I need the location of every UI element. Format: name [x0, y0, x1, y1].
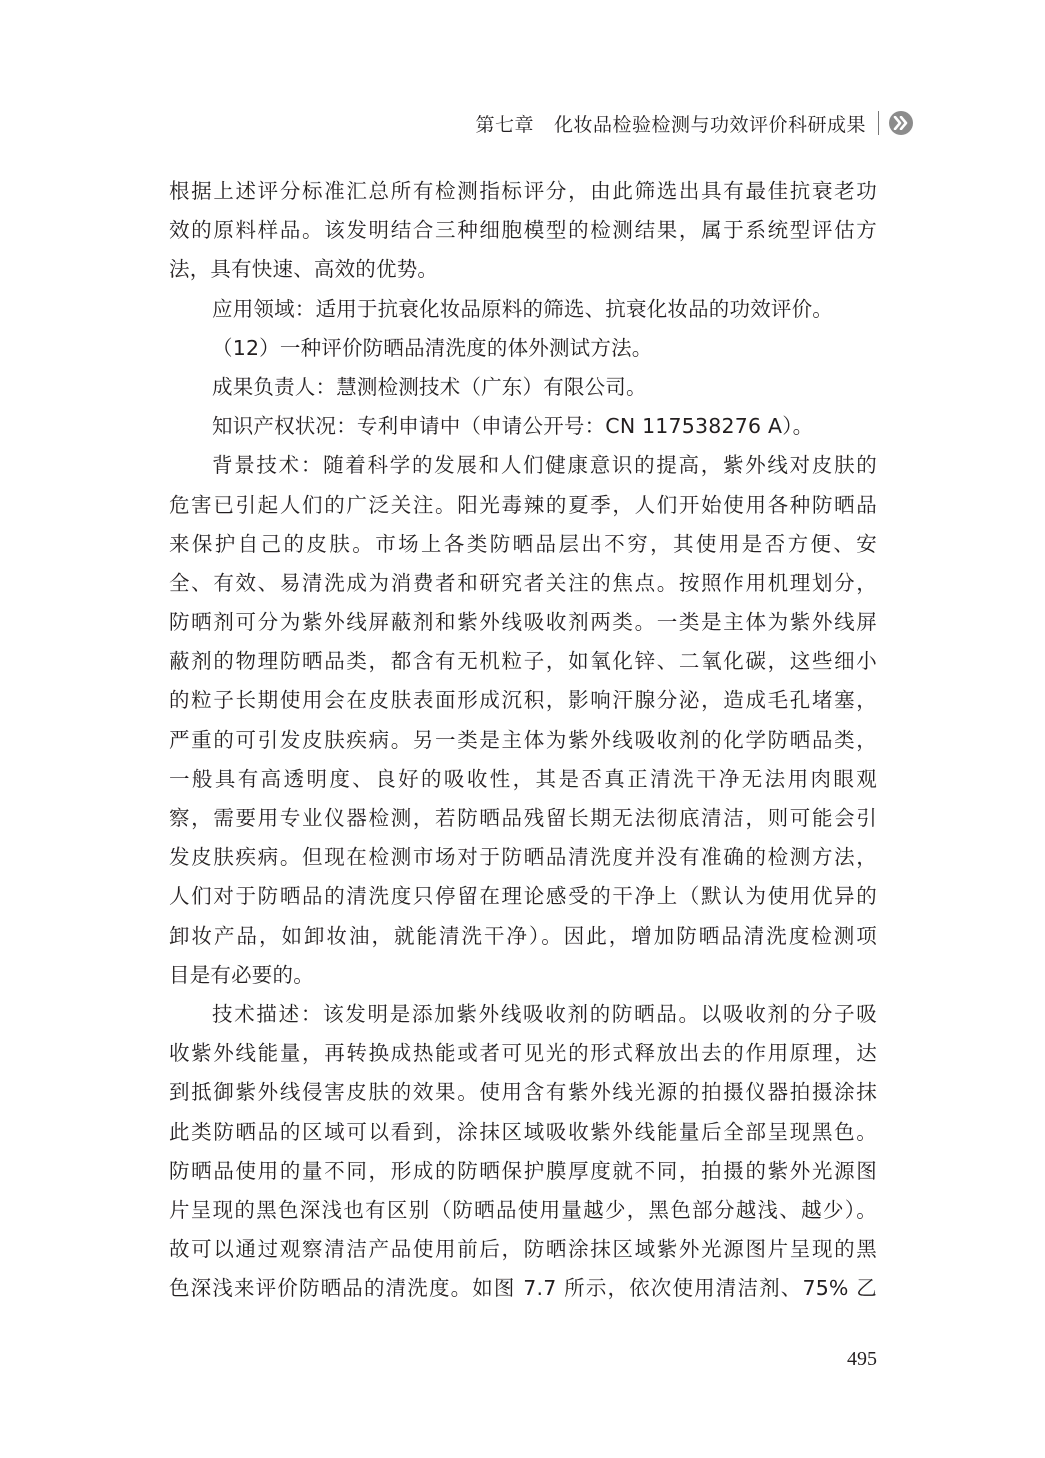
- chapter-title: 化妆品检验检测与功效评价科研成果: [554, 110, 866, 137]
- text-line: 技术描述：该发明是添加紫外线吸收剂的防晒品。以吸收剂的分子吸: [169, 995, 877, 1034]
- text-line: 法，具有快速、高效的优势。: [169, 250, 877, 289]
- paragraph-item-heading: （12）一种评价防晒品清洗度的体外测试方法。: [169, 329, 877, 368]
- text-line: 根据上述评分标准汇总所有检测指标评分，由此筛选出具有最佳抗衰老功: [169, 172, 877, 211]
- text-line: 人们对于防晒品的清洗度只停留在理论感受的干净上（默认为使用优异的: [169, 877, 877, 916]
- paragraph-background: 背景技术：随着科学的发展和人们健康意识的提高，紫外线对皮肤的 危害已引起人们的广…: [169, 446, 877, 995]
- chapter-number: 第七章: [475, 110, 534, 137]
- text-line: 此类防晒品的区域可以看到，涂抹区域吸收紫外线能量后全部呈现黑色。: [169, 1113, 877, 1152]
- double-chevron-right-icon: [889, 111, 913, 135]
- running-header: 第七章 化妆品检验检测与功效评价科研成果: [475, 106, 913, 140]
- text-line: 发皮肤疾病。但现在检测市场对于防晒品清洗度并没有准确的检测方法，: [169, 838, 877, 877]
- text-line: 收紫外线能量，再转换成热能或者可见光的形式释放出去的作用原理，达: [169, 1034, 877, 1073]
- header-divider: [878, 111, 879, 135]
- paragraph-technical-description: 技术描述：该发明是添加紫外线吸收剂的防晒品。以吸收剂的分子吸 收紫外线能量，再转…: [169, 995, 877, 1309]
- paragraph-application-field: 应用领域：适用于抗衰化妆品原料的筛选、抗衰化妆品的功效评价。: [169, 290, 877, 329]
- text-line: 成果负责人：慧测检测技术（广东）有限公司。: [169, 368, 877, 407]
- text-line: 故可以通过观察清洁产品使用前后，防晒涂抹区域紫外光源图片呈现的黑: [169, 1230, 877, 1269]
- text-line: 一般具有高透明度、良好的吸收性，其是否真正清洗干净无法用肉眼观: [169, 760, 877, 799]
- text-line: 片呈现的黑色深浅也有区别（防晒品使用量越少，黑色部分越浅、越少）。: [169, 1191, 877, 1230]
- text-line: 卸妆产品，如卸妆油，就能清洗干净）。因此，增加防晒品清洗度检测项: [169, 917, 877, 956]
- text-line: 蔽剂的物理防晒品类，都含有无机粒子，如氧化锌、二氧化碳，这些细小: [169, 642, 877, 681]
- text-line: 应用领域：适用于抗衰化妆品原料的筛选、抗衰化妆品的功效评价。: [169, 290, 877, 329]
- text-line: 到抵御紫外线侵害皮肤的效果。使用含有紫外线光源的拍摄仪器拍摄涂抹: [169, 1073, 877, 1112]
- text-line: 色深浅来评价防晒品的清洗度。如图 7.7 所示，依次使用清洁剂、75% 乙: [169, 1269, 877, 1308]
- text-line: 危害已引起人们的广泛关注。阳光毒辣的夏季，人们开始使用各种防晒品: [169, 486, 877, 525]
- text-line: 来保护自己的皮肤。市场上各类防晒品层出不穷，其使用是否方便、安: [169, 525, 877, 564]
- text-line: 防晒品使用的量不同，形成的防晒保护膜厚度就不同，拍摄的紫外光源图: [169, 1152, 877, 1191]
- text-line: 防晒剂可分为紫外线屏蔽剂和紫外线吸收剂两类。一类是主体为紫外线屏: [169, 603, 877, 642]
- text-line: 全、有效、易清洗成为消费者和研究者关注的焦点。按照作用机理划分，: [169, 564, 877, 603]
- text-line: 的粒子长期使用会在皮肤表面形成沉积，影响汗腺分泌，造成毛孔堵塞，: [169, 681, 877, 720]
- text-line: 严重的可引发皮肤疾病。另一类是主体为紫外线吸收剂的化学防晒品类，: [169, 721, 877, 760]
- paragraph-ip-status: 知识产权状况：专利申请中（申请公开号：CN 117538276 A）。: [169, 407, 877, 446]
- text-line: （12）一种评价防晒品清洗度的体外测试方法。: [169, 329, 877, 368]
- paragraph-responsible-party: 成果负责人：慧测检测技术（广东）有限公司。: [169, 368, 877, 407]
- text-line: 知识产权状况：专利申请中（申请公开号：CN 117538276 A）。: [169, 407, 877, 446]
- paragraph-evaluation-summary: 根据上述评分标准汇总所有检测指标评分，由此筛选出具有最佳抗衰老功 效的原料样品。…: [169, 172, 877, 290]
- text-line: 目是有必要的。: [169, 956, 877, 995]
- text-line: 察，需要用专业仪器检测，若防晒品残留长期无法彻底清洁，则可能会引: [169, 799, 877, 838]
- body-text: 根据上述评分标准汇总所有检测指标评分，由此筛选出具有最佳抗衰老功 效的原料样品。…: [169, 172, 877, 1308]
- page-number: 495: [847, 1348, 877, 1371]
- text-line: 背景技术：随着科学的发展和人们健康意识的提高，紫外线对皮肤的: [169, 446, 877, 485]
- text-line: 效的原料样品。该发明结合三种细胞模型的检测结果，属于系统型评估方: [169, 211, 877, 250]
